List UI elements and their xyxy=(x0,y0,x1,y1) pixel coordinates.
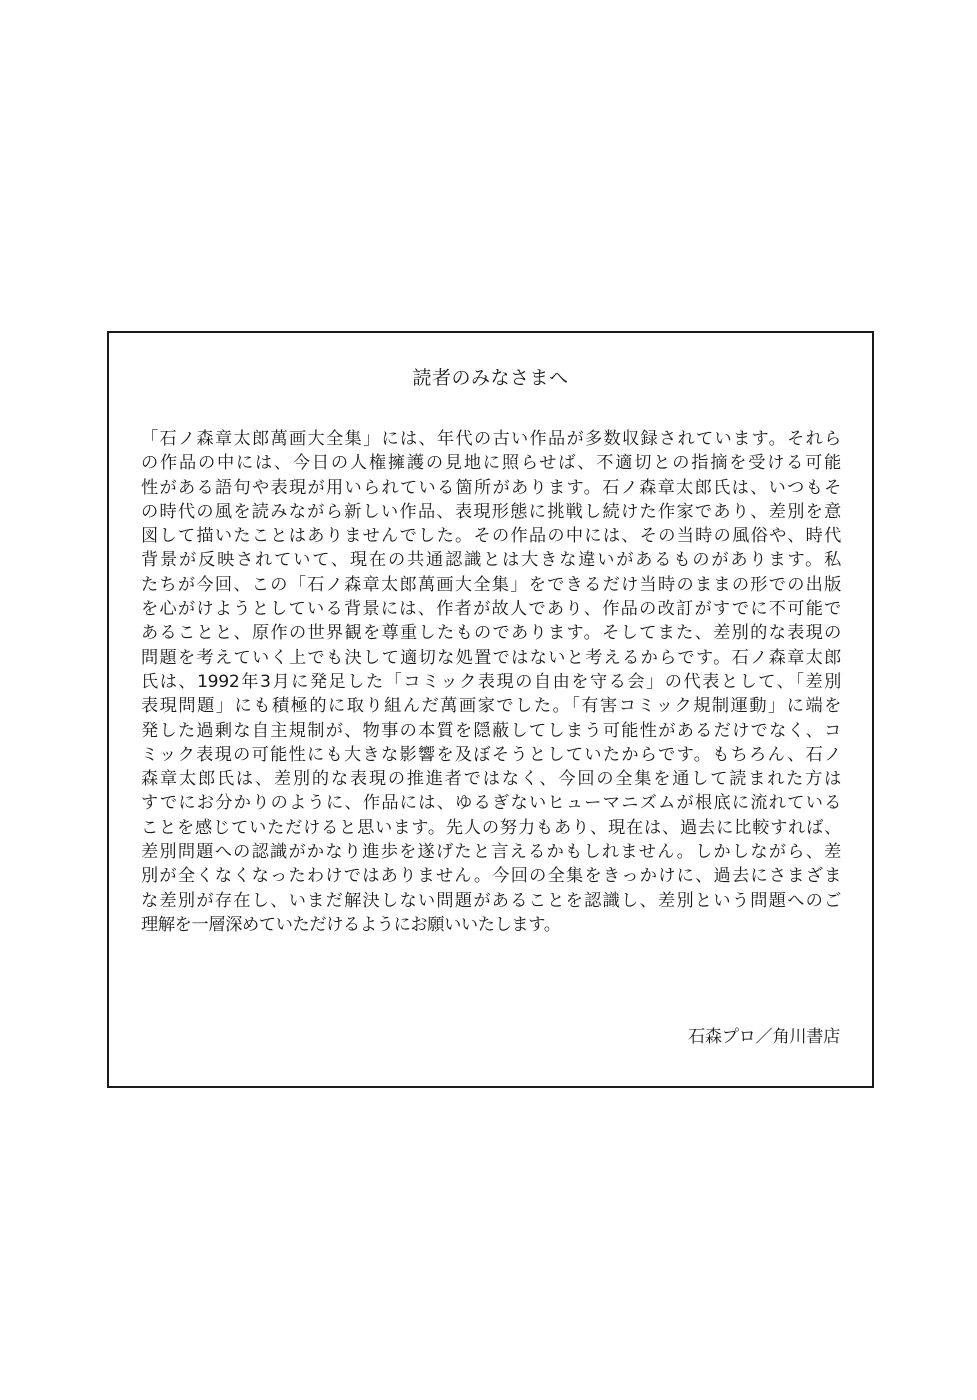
notice-line: 図して描いたことはありませんでした。その作品の中には、その当時の風俗や、時代 xyxy=(141,524,841,548)
notice-line: すでにお分かりのように、作品には、ゆるぎないヒューマニズムが根底に流れている xyxy=(141,791,841,815)
notice-line: 背景が反映されていて、現在の共通認識とは大きな違いがあるものがあります。私 xyxy=(141,548,841,572)
notice-line: ことを感じていただけると思います。先人の努力もあり、現在は、過去に比較すれば、 xyxy=(141,816,841,840)
notice-line: あることと、原作の世界観を尊重したものであります。そしてまた、差別的な表現の xyxy=(141,621,841,645)
notice-line: 氏は、1992年3月に発足した「コミック表現の自由を守る会」の代表として、「差別 xyxy=(141,670,841,694)
notice-signature: 石森プロ／角川書店 xyxy=(688,1025,840,1049)
notice-line: 性がある語句や表現が用いられている箇所があります。石ノ森章太郎氏は、いつもそ xyxy=(141,476,841,500)
notice-line: 発した過剰な自主規制が、物事の本質を隠蔽してしまう可能性があるだけでなく、コ xyxy=(141,719,841,743)
notice-title: 読者のみなさまへ xyxy=(109,365,872,391)
notice-line: ミック表現の可能性にも大きな影響を及ぼそうとしていたからです。もちろん、石ノ xyxy=(141,743,841,767)
notice-line: の時代の風を読みながら新しい作品、表現形態に挑戦し続けた作家であり、差別を意 xyxy=(141,500,841,524)
notice-line: 表現問題」にも積極的に取り組んだ萬画家でした。「有害コミック規制運動」に端を xyxy=(141,694,841,718)
notice-box: 読者のみなさまへ 「石ノ森章太郎萬画大全集」には、年代の古い作品が多数収録されて… xyxy=(107,331,874,1088)
notice-line: の作品の中には、今日の人権擁護の見地に照らせば、不適切との指摘を受ける可能 xyxy=(141,451,841,475)
notice-line: 問題を考えていく上でも決して適切な処置ではないと考えるからです。石ノ森章太郎 xyxy=(141,646,841,670)
notice-line: 森章太郎氏は、差別的な表現の推進者ではなく、今回の全集を通して読まれた方は xyxy=(141,767,841,791)
notice-line: 「石ノ森章太郎萬画大全集」には、年代の古い作品が多数収録されています。それら xyxy=(141,427,841,451)
notice-line: 別が全くなくなったわけではありません。今回の全集をきっかけに、過去にさまざま xyxy=(141,864,841,888)
notice-line: 差別問題への認識がかなり進歩を遂げたと言えるかもしれません。しかしながら、差 xyxy=(141,840,841,864)
notice-line: 理解を一層深めていただけるようにお願いいたします。 xyxy=(141,913,841,937)
notice-line: を心がけようとしている背景には、作者が故人であり、作品の改訂がすでに不可能で xyxy=(141,597,841,621)
notice-body: 「石ノ森章太郎萬画大全集」には、年代の古い作品が多数収録されています。それら の… xyxy=(141,427,841,937)
notice-line: たちが今回、この「石ノ森章太郎萬画大全集」をできるだけ当時のままの形での出版 xyxy=(141,573,841,597)
notice-line: な差別が存在し、いまだ解決しない問題があることを認識し、差別という問題へのご xyxy=(141,889,841,913)
